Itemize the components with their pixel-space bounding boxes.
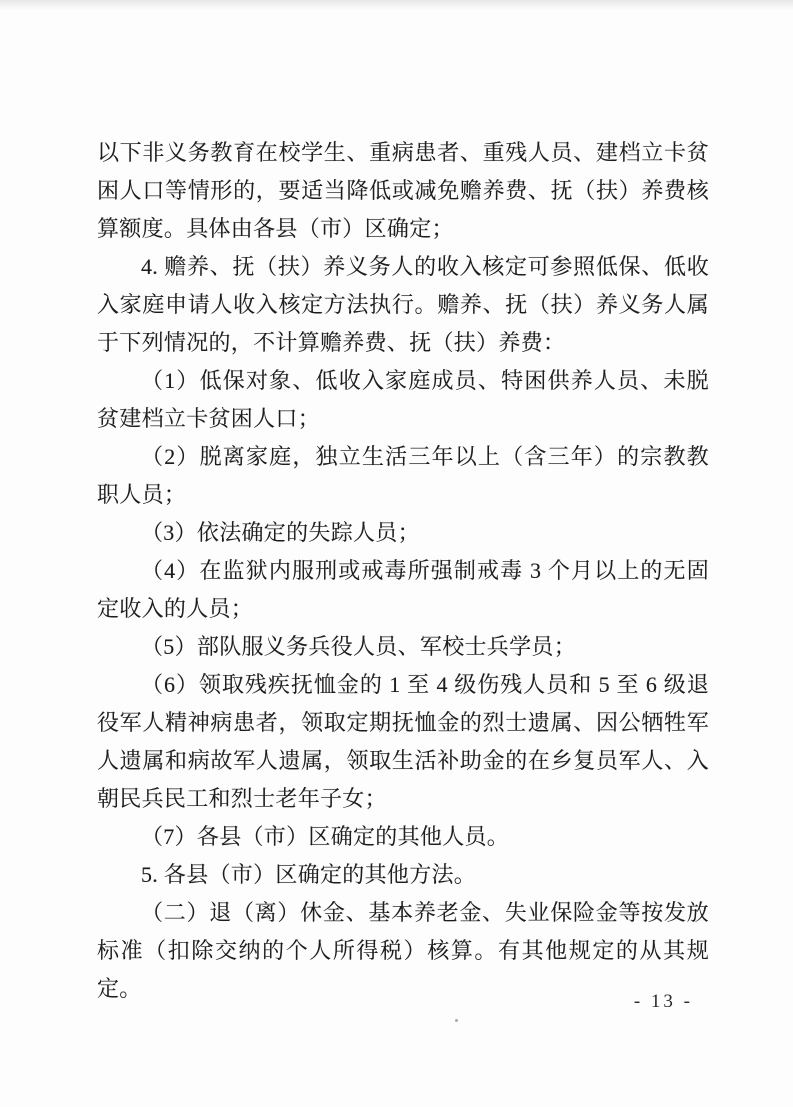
paragraph-subitem-1: （1）低保对象、低收入家庭成员、特困供养人员、未脱贫建档立卡贫困人口；: [97, 362, 709, 438]
scan-speck: [455, 1019, 458, 1022]
paragraph-subitem-5: （5）部队服义务兵役人员、军校士兵学员；: [97, 628, 709, 666]
document-body: 以下非义务教育在校学生、重病患者、重残人员、建档立卡贫困人口等情形的，要适当降低…: [97, 134, 709, 1008]
paragraph-item-5: 5. 各县（市）区确定的其他方法。: [97, 856, 709, 894]
paragraph-subitem-2: （2）脱离家庭，独立生活三年以上（含三年）的宗教教职人员；: [97, 438, 709, 514]
paragraph-continuation: 以下非义务教育在校学生、重病患者、重残人员、建档立卡贫困人口等情形的，要适当降低…: [97, 134, 709, 248]
paragraph-subitem-3: （3）依法确定的失踪人员；: [97, 514, 709, 552]
paragraph-subitem-7: （7）各县（市）区确定的其他人员。: [97, 818, 709, 856]
paragraph-item-4: 4. 赡养、抚（扶）养义务人的收入核定可参照低保、低收入家庭申请人收入核定方法执…: [97, 248, 709, 362]
document-page: 以下非义务教育在校学生、重病患者、重残人员、建档立卡贫困人口等情形的，要适当降低…: [0, 0, 793, 1107]
paragraph-subitem-6: （6）领取残疾抚恤金的 1 至 4 级伤残人员和 5 至 6 级退役军人精神病患…: [97, 666, 709, 818]
page-number: - 13 -: [634, 991, 693, 1013]
paragraph-section-2: （二）退（离）休金、基本养老金、失业保险金等按发放标准（扣除交纳的个人所得税）核…: [97, 894, 709, 1008]
paragraph-subitem-4: （4）在监狱内服刑或戒毒所强制戒毒 3 个月以上的无固定收入的人员；: [97, 552, 709, 628]
